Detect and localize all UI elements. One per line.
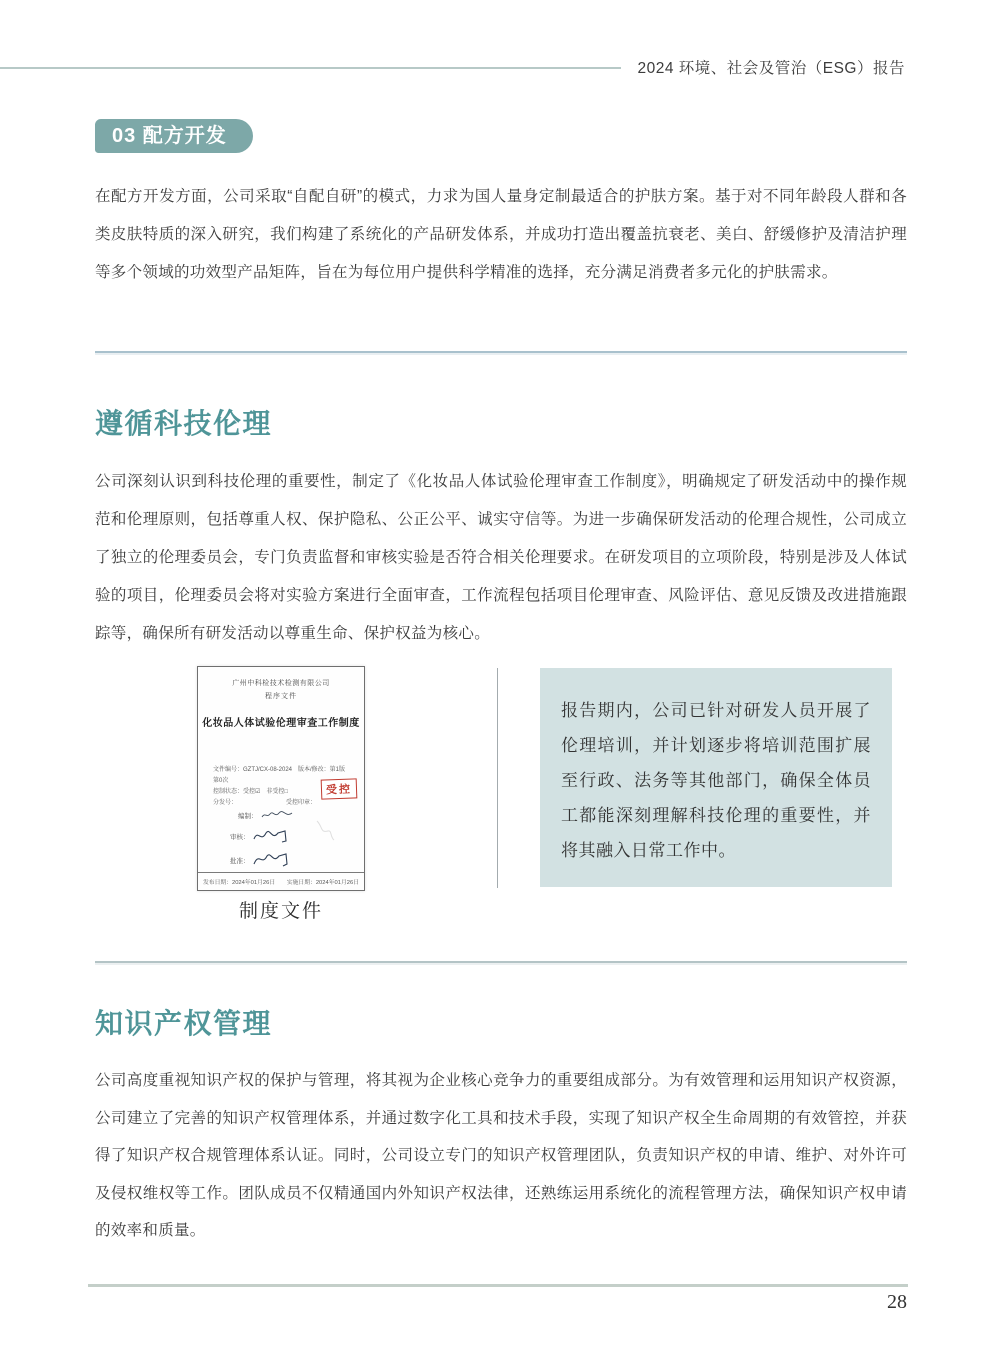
policy-document-scan: 广州中科检技术检测有限公司 程序文件 化妆品人体试验伦理审查工作制度 文件编号：… <box>197 666 365 891</box>
certificate-stamp-label: 受控印章： <box>286 798 316 809</box>
section-divider <box>95 961 907 963</box>
section-divider <box>95 351 907 353</box>
sign-approve-label: 批准： <box>230 856 250 865</box>
figure-caption: 制度文件 <box>197 896 365 923</box>
signature-scribble-icon <box>252 851 292 869</box>
training-highlight-box: 报告期内，公司已针对研发人员开展了伦理培训，并计划逐步将培训范围扩展至行政、法务… <box>540 668 892 887</box>
intro-paragraph: 在配方开发方面，公司采取“自配自研”的模式，力求为国人量身定制最适合的护肤方案。… <box>95 178 907 292</box>
sign-prepare-label: 编制： <box>238 811 258 820</box>
section-badge: 03 配方开发 <box>95 119 253 153</box>
certificate-issue-date: 发布日期：2024年01月26日 <box>203 877 275 886</box>
ethics-paragraph: 公司深刻认识到科技伦理的重要性，制定了《化妆品人体试验伦理审查工作制度》，明确规… <box>95 463 907 653</box>
signature-row-prepare: 编制： <box>238 810 294 820</box>
controlled-stamp: 受控 <box>321 778 358 799</box>
certificate-effective-date: 实施日期：2024年01月26日 <box>287 877 359 886</box>
header-rule <box>0 67 621 69</box>
page-number: 28 <box>887 1291 907 1314</box>
sign-review-label: 审核： <box>230 832 250 841</box>
signature-row-review: 审核： <box>230 827 292 845</box>
section-title-ip: 知识产权管理 <box>95 1002 272 1042</box>
vertical-separator <box>497 668 498 888</box>
signature-row-approve: 批准： <box>230 851 292 869</box>
signature-scribble-icon <box>252 827 292 845</box>
certificate-company-name: 广州中科检技术检测有限公司 <box>198 678 364 688</box>
footer-rule <box>88 1284 908 1287</box>
esg-report-page: 2024 环境、社会及管治（ESG）报告 03 配方开发 在配方开发方面，公司采… <box>0 0 1000 1357</box>
section-title-ethics: 遵循科技伦理 <box>95 402 272 442</box>
certificate-dates-row: 发布日期：2024年01月26日 实施日期：2024年01月26日 <box>198 872 364 890</box>
report-title: 2024 环境、社会及管治（ESG）报告 <box>637 56 905 78</box>
certificate-title: 化妆品人体试验伦理审查工作制度 <box>198 714 364 729</box>
certificate-doc-type: 程序文件 <box>198 691 364 701</box>
certificate-distribution-no: 分发号： <box>213 798 237 809</box>
ip-paragraph: 公司高度重视知识产权的保护与管理，将其视为企业核心竞争力的重要组成部分。为有效管… <box>95 1062 907 1250</box>
signature-scribble-icon <box>260 810 294 820</box>
certificate-meta-line3: 分发号： 受控印章： <box>213 798 352 809</box>
faint-pencil-mark <box>314 817 336 843</box>
